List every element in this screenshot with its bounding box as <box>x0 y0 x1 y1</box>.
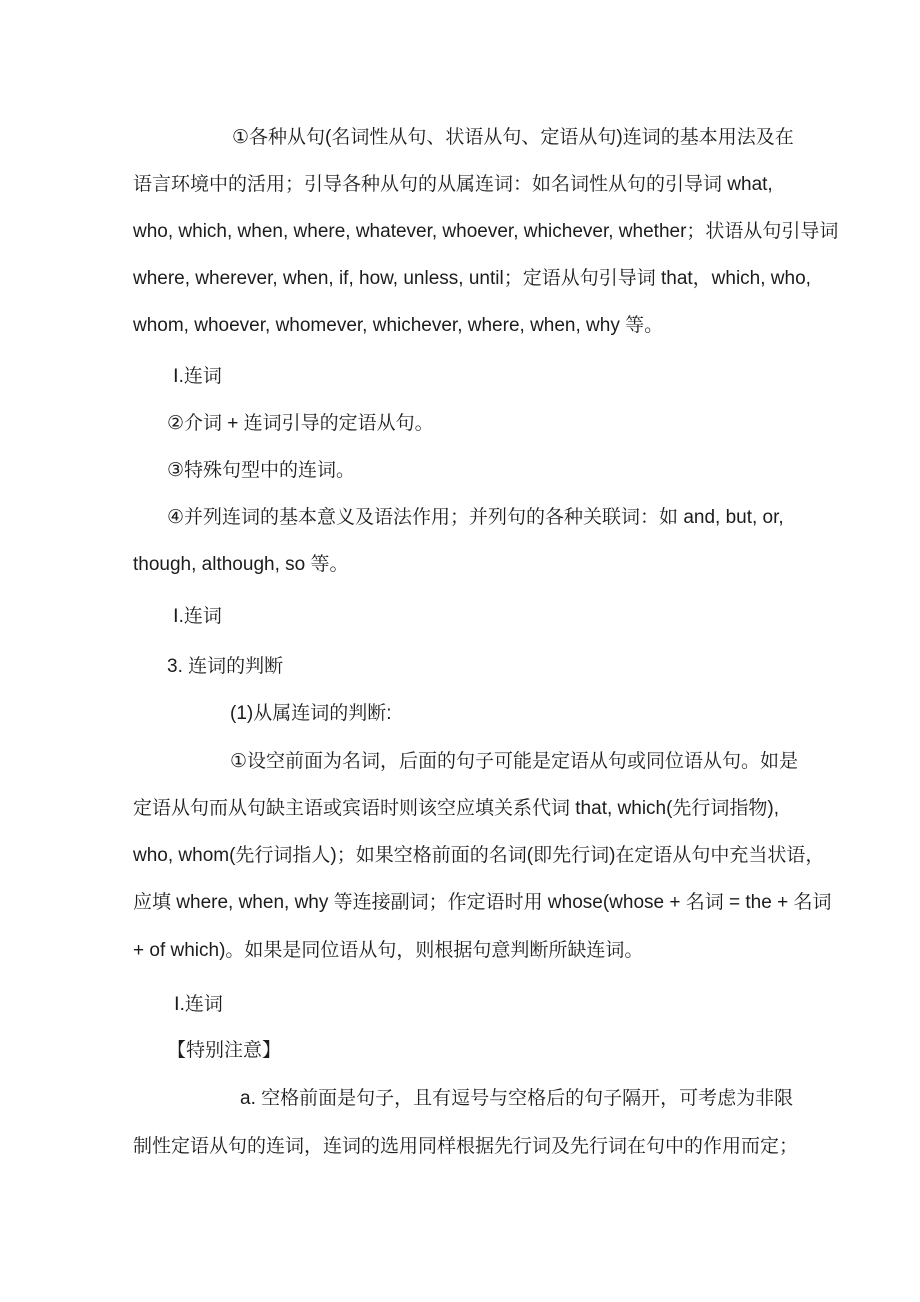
heading-line: 3. 连词的判断 <box>167 655 283 679</box>
paragraph-line: though, although, so 等。 <box>133 553 348 577</box>
paragraph-line: ③特殊句型中的连词。 <box>167 459 355 483</box>
subheading-line: (1)从属连词的判断: <box>230 702 392 726</box>
document-page: ①各种从句(名词性从句、状语从句、定语从句)连词的基本用法及在 语言环境中的活用… <box>0 0 920 1302</box>
paragraph-line: whom, whoever, whomever, whichever, wher… <box>133 314 663 338</box>
paragraph-line: 定语从句而从句缺主语或宾语时则该空应填关系代词 that, which(先行词指… <box>133 797 779 821</box>
paragraph-line: a. 空格前面是句子，且有逗号与空格后的句子隔开，可考虑为非限 <box>240 1087 793 1111</box>
paragraph-line: who, whom(先行词指人)；如果空格前面的名词(即先行词)在定语从句中充当… <box>133 844 824 868</box>
paragraph-line: 应填 where, when, why 等连接副词；作定语时用 whose(wh… <box>133 891 831 915</box>
paragraph-line: 语言环境中的活用；引导各种从句的从属连词：如名词性从句的引导词 what, <box>133 173 773 197</box>
paragraph-line: who, which, when, where, whatever, whoev… <box>133 220 838 244</box>
note-heading-line: 【特别注意】 <box>167 1039 281 1063</box>
section-label-line: Ⅰ.连词 <box>174 993 223 1017</box>
section-label-line: Ⅰ.连词 <box>173 365 222 389</box>
paragraph-line: 制性定语从句的连词，连词的选用同样根据先行词及先行词在句中的作用而定； <box>133 1135 798 1159</box>
paragraph-line: ①各种从句(名词性从句、状语从句、定语从句)连词的基本用法及在 <box>232 126 794 150</box>
paragraph-line: ①设空前面为名词，后面的句子可能是定语从句或同位语从句。如是 <box>230 750 798 774</box>
paragraph-line: ④并列连词的基本意义及语法作用；并列句的各种关联词：如 and, but, or… <box>167 506 784 530</box>
paragraph-line: where, wherever, when, if, how, unless, … <box>133 267 811 291</box>
section-label-line: Ⅰ.连词 <box>173 605 222 629</box>
paragraph-line: ②介词 + 连词引导的定语从句。 <box>167 412 434 436</box>
paragraph-line: + of which)。如果是同位语从句，则根据句意判断所缺连词。 <box>133 939 643 963</box>
